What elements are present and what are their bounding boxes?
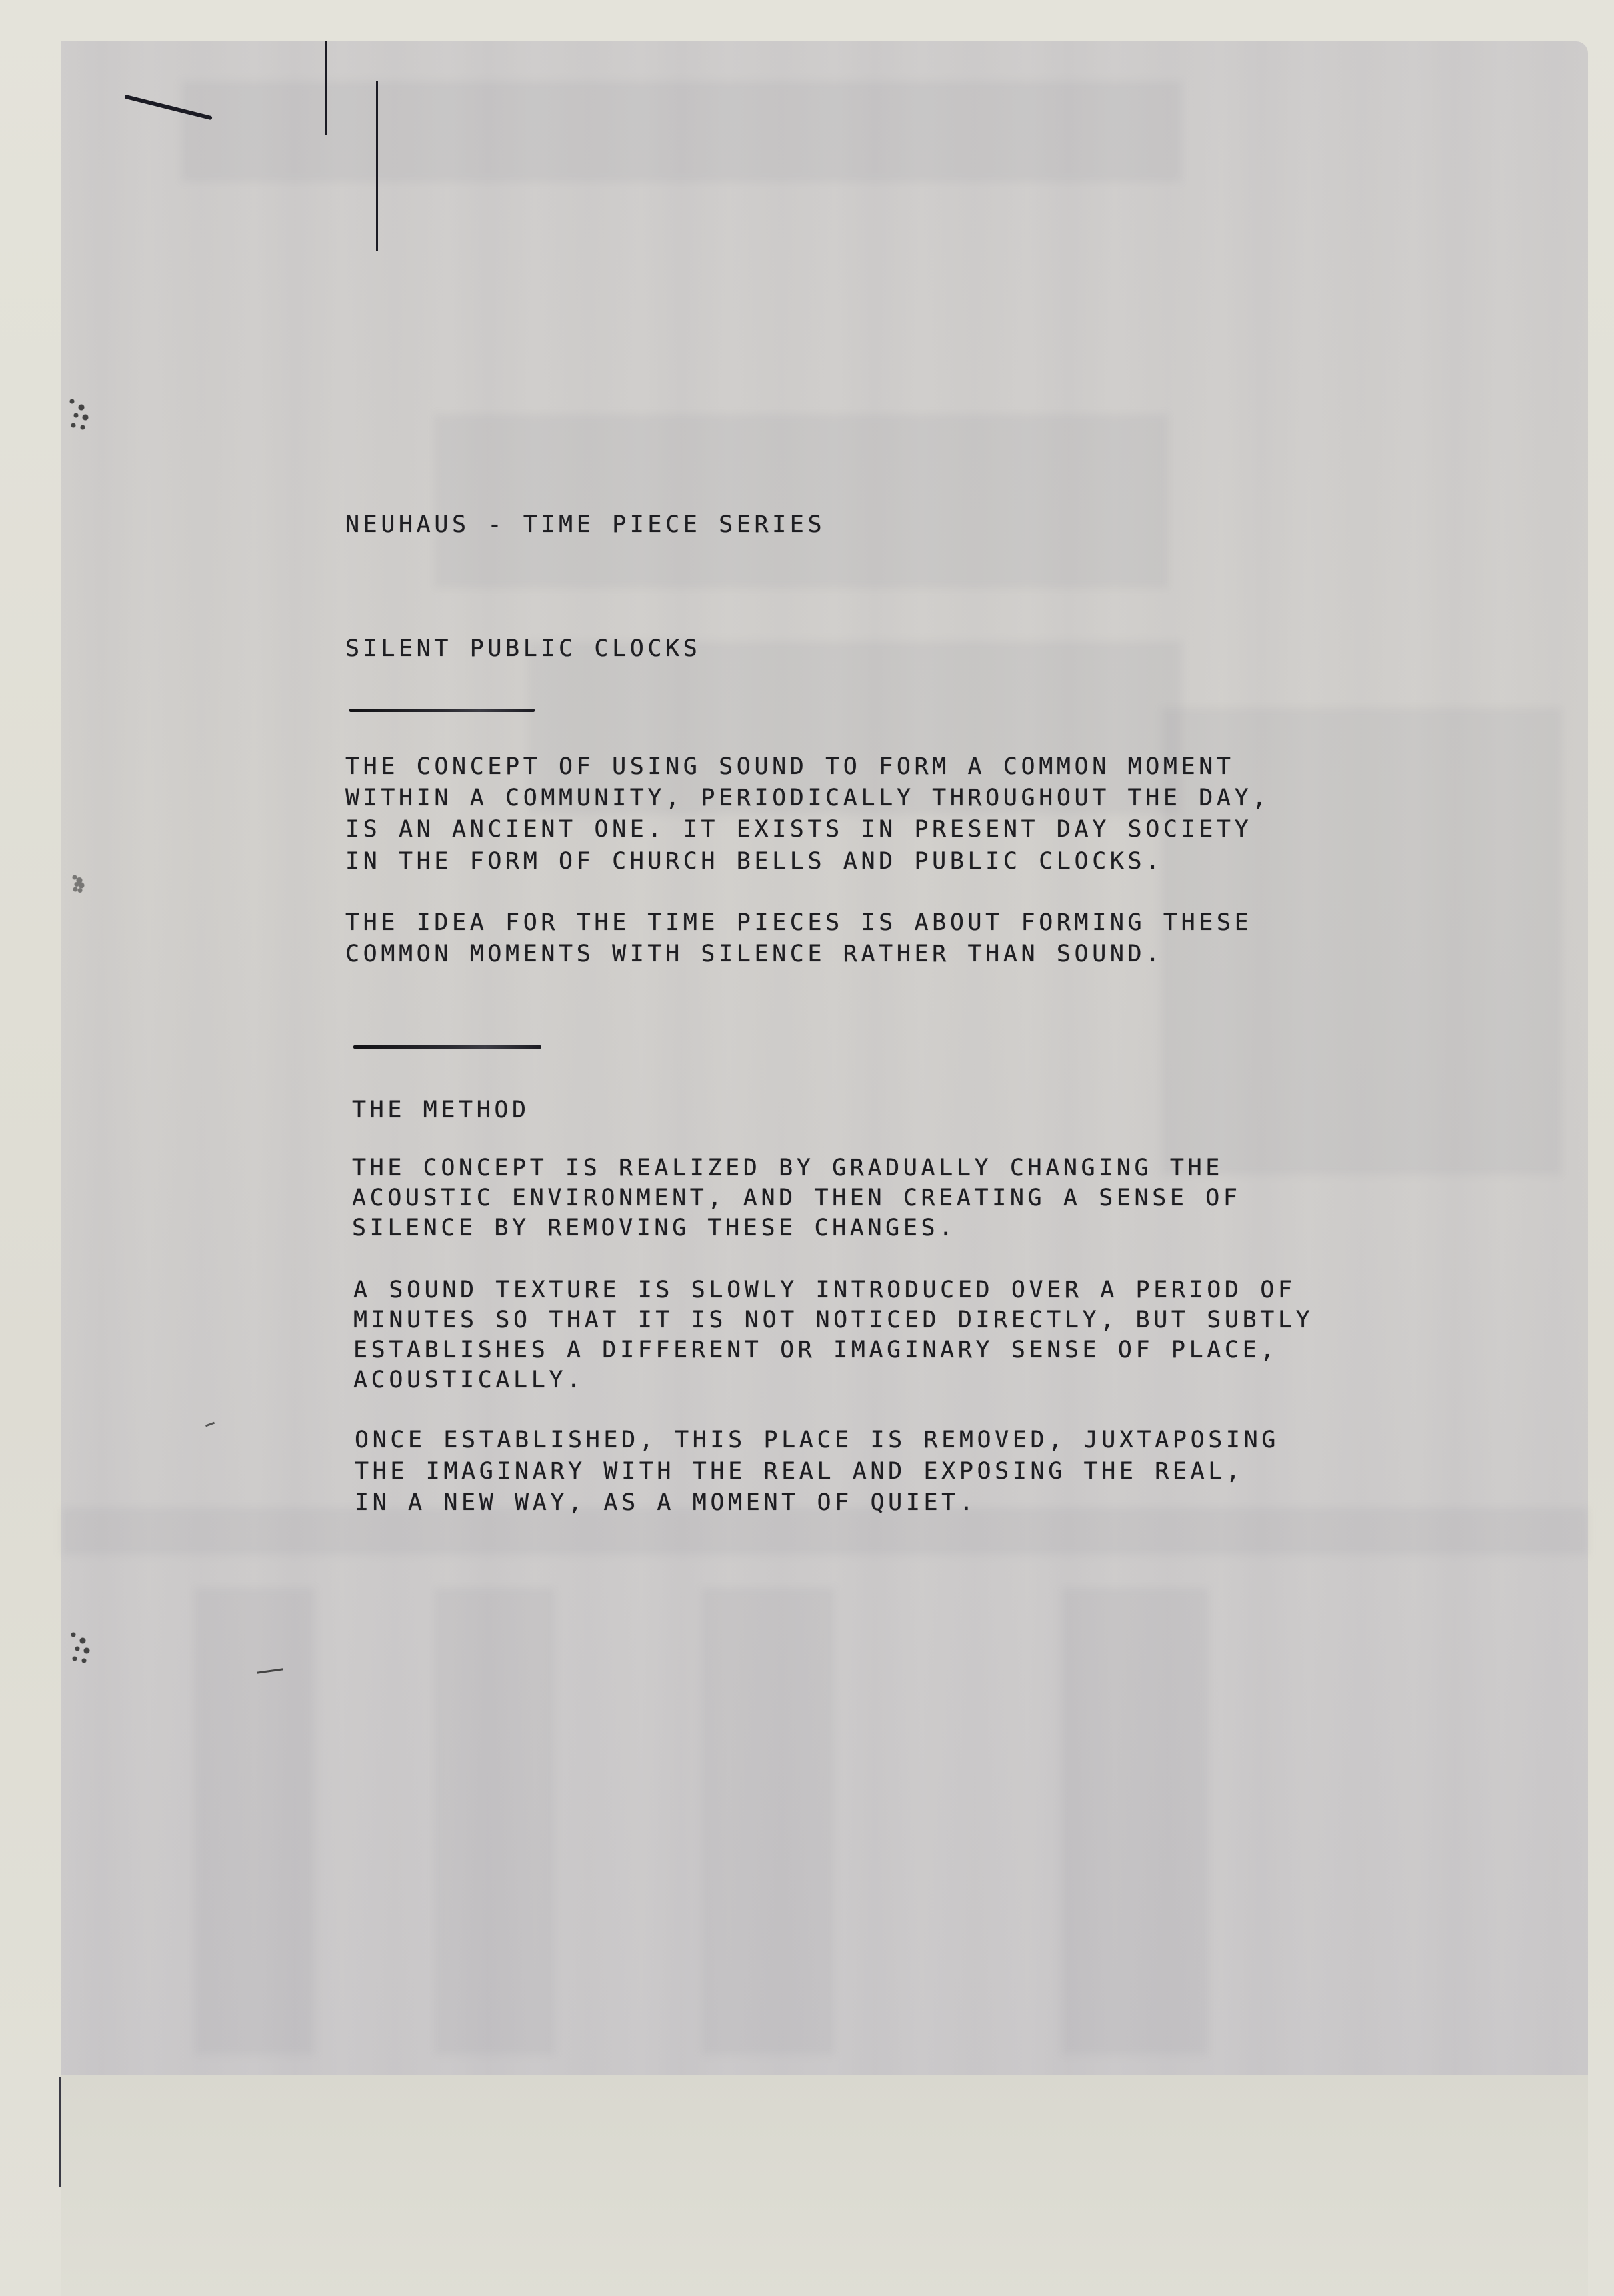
text-line: WITHIN A COMMUNITY, PERIODICALLY THROUGH… bbox=[345, 787, 1270, 810]
text-line: THE CONCEPT IS REALIZED BY GRADUALLY CHA… bbox=[352, 1157, 1223, 1180]
document-header: NEUHAUS - TIME PIECE SERIES bbox=[345, 513, 825, 537]
text-line: THE CONCEPT OF USING SOUND TO FORM A COM… bbox=[345, 755, 1235, 779]
section-heading: THE METHOD bbox=[352, 1099, 530, 1122]
divider-rule bbox=[353, 1045, 541, 1049]
toner-specks bbox=[68, 1627, 95, 1667]
text-line: ACOUSTICALLY. bbox=[353, 1369, 585, 1392]
text-line: MINUTES SO THAT IT IS NOT NOTICED DIRECT… bbox=[353, 1309, 1313, 1332]
pen-mark bbox=[376, 81, 378, 251]
show-through-banner bbox=[181, 81, 1181, 181]
toner-specks bbox=[72, 873, 85, 893]
photocopy-image-area bbox=[61, 41, 1588, 2075]
divider-rule bbox=[349, 709, 535, 712]
show-through-column-1 bbox=[195, 1588, 315, 2055]
text-line: A SOUND TEXTURE IS SLOWLY INTRODUCED OVE… bbox=[353, 1279, 1296, 1302]
document-title: SILENT PUBLIC CLOCKS bbox=[345, 637, 701, 661]
text-line: ONCE ESTABLISHED, THIS PLACE IS REMOVED,… bbox=[355, 1429, 1279, 1452]
show-through-column-3 bbox=[701, 1588, 835, 2055]
page-bottom-margin bbox=[61, 2075, 1588, 2296]
text-line: IN A NEW WAY, AS A MOMENT OF QUIET. bbox=[355, 1491, 977, 1515]
show-through-heading bbox=[435, 415, 1168, 588]
text-line: IS AN ANCIENT ONE. IT EXISTS IN PRESENT … bbox=[345, 818, 1252, 841]
text-line: ESTABLISHES A DIFFERENT OR IMAGINARY SEN… bbox=[353, 1339, 1278, 1362]
text-line: THE IDEA FOR THE TIME PIECES IS ABOUT FO… bbox=[345, 911, 1252, 935]
text-line: THE IMAGINARY WITH THE REAL AND EXPOSING… bbox=[355, 1460, 1244, 1483]
edge-line bbox=[59, 2077, 61, 2187]
text-line: SILENCE BY REMOVING THESE CHANGES. bbox=[352, 1217, 957, 1240]
pen-mark bbox=[325, 41, 327, 135]
toner-specks bbox=[67, 393, 93, 433]
show-through-column-4 bbox=[1061, 1588, 1208, 2055]
show-through-column-2 bbox=[435, 1588, 555, 2055]
text-line: COMMON MOMENTS WITH SILENCE RATHER THAN … bbox=[345, 943, 1163, 966]
text-line: ACOUSTIC ENVIRONMENT, AND THEN CREATING … bbox=[352, 1187, 1241, 1210]
text-line: IN THE FORM OF CHURCH BELLS AND PUBLIC C… bbox=[345, 850, 1163, 873]
